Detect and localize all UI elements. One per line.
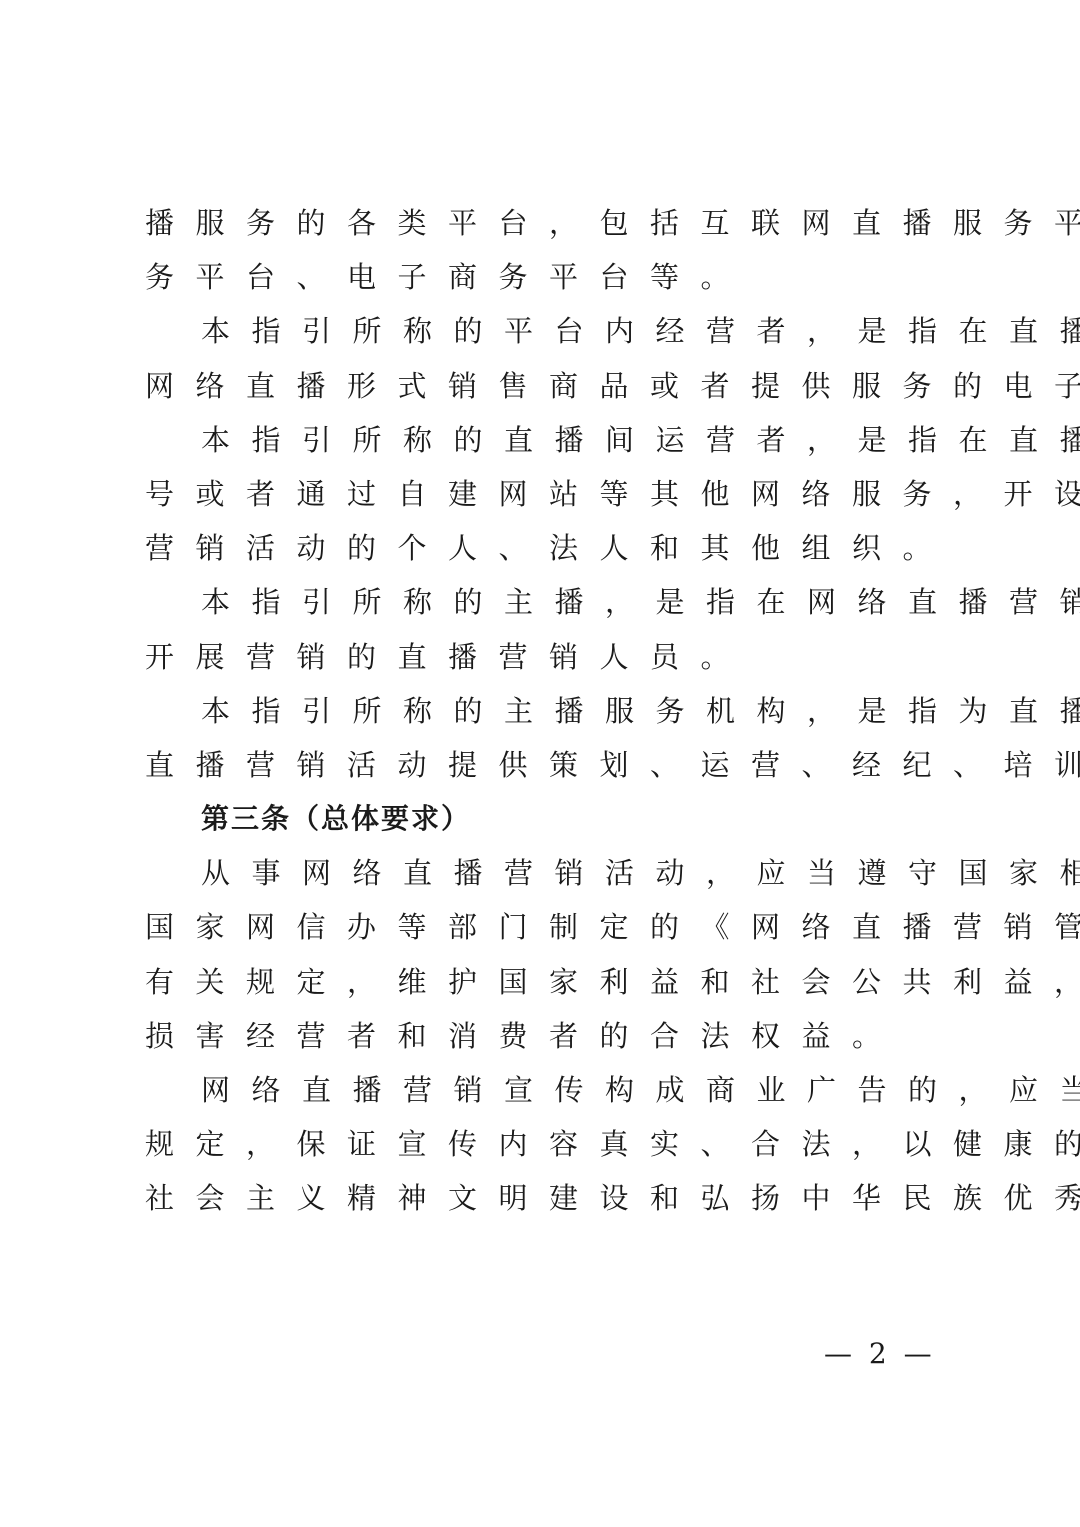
text-line: 本指引所称的主播服务机构，是指为直播营销人员从事网络 — [145, 684, 957, 738]
text-line: 直播营销活动提供策划、运营、经纪、培训等的专门机构。 — [145, 738, 957, 792]
text-line: 国家网信办等部门制定的《网络直播营销管理办法（试行）》等 — [145, 900, 957, 954]
text-line: 有关规定，维护国家利益和社会公共利益，遵守商业道德，不得 — [145, 955, 957, 1009]
text-line: 本指引所称的主播，是指在网络直播营销中直接向社会公众 — [145, 575, 957, 629]
page-number: — 2 — — [824, 1334, 936, 1374]
document-page: 播服务的各类平台，包括互联网直播服务平台、互联网音视频服 务平台、电子商务平台等… — [0, 0, 1080, 1527]
text-line: 损害经营者和消费者的合法权益。 — [145, 1009, 957, 1063]
section-heading: 第三条（总体要求） — [145, 792, 957, 846]
paragraph-live-room-operator-definition: 本指引所称的直播间运营者，是指在直播营销平台上注册账 号或者通过自建网站等其他网… — [145, 413, 957, 576]
text-line: 本指引所称的平台内经营者，是指在直播营销平台上，通过 — [145, 304, 957, 358]
text-line: 号或者通过自建网站等其他网络服务，开设直播间从事网络直播 — [145, 467, 957, 521]
text-line: 开展营销的直播营销人员。 — [145, 630, 957, 684]
text-line: 播服务的各类平台，包括互联网直播服务平台、互联网音视频服 — [145, 196, 957, 250]
document-body: 播服务的各类平台，包括互联网直播服务平台、互联网音视频服 务平台、电子商务平台等… — [145, 196, 957, 1226]
paragraph-in-platform-operator-definition: 本指引所称的平台内经营者，是指在直播营销平台上，通过 网络直播形式销售商品或者提… — [145, 304, 957, 412]
text-line: 网络直播形式销售商品或者提供服务的电子商务经营者。 — [145, 359, 957, 413]
text-line: 从事网络直播营销活动，应当遵守国家相关法律法规，遵守 — [145, 846, 957, 900]
text-line: 本指引所称的直播间运营者，是指在直播营销平台上注册账 — [145, 413, 957, 467]
paragraph-advertising-requirements: 网络直播营销宣传构成商业广告的，应当符合《广告法》的 规定，保证宣传内容真实、合… — [145, 1063, 957, 1226]
text-line: 规定，保证宣传内容真实、合法，以健康的表现形式表达，符合 — [145, 1117, 957, 1171]
text-line: 营销活动的个人、法人和其他组织。 — [145, 521, 957, 575]
paragraph-general-requirements: 从事网络直播营销活动，应当遵守国家相关法律法规，遵守 国家网信办等部门制定的《网… — [145, 846, 957, 1063]
text-line: 网络直播营销宣传构成商业广告的，应当符合《广告法》的 — [145, 1063, 957, 1117]
text-line: 务平台、电子商务平台等。 — [145, 250, 957, 304]
text-line: 社会主义精神文明建设和弘扬中华民族优秀传统文化的要求。 — [145, 1171, 957, 1225]
paragraph-platform-continuation: 播服务的各类平台，包括互联网直播服务平台、互联网音视频服 务平台、电子商务平台等… — [145, 196, 957, 304]
article-heading: 第三条（总体要求） — [145, 792, 957, 846]
paragraph-streamer-definition: 本指引所称的主播，是指在网络直播营销中直接向社会公众 开展营销的直播营销人员。 — [145, 575, 957, 683]
paragraph-streamer-agency-definition: 本指引所称的主播服务机构，是指为直播营销人员从事网络 直播营销活动提供策划、运营… — [145, 684, 957, 792]
